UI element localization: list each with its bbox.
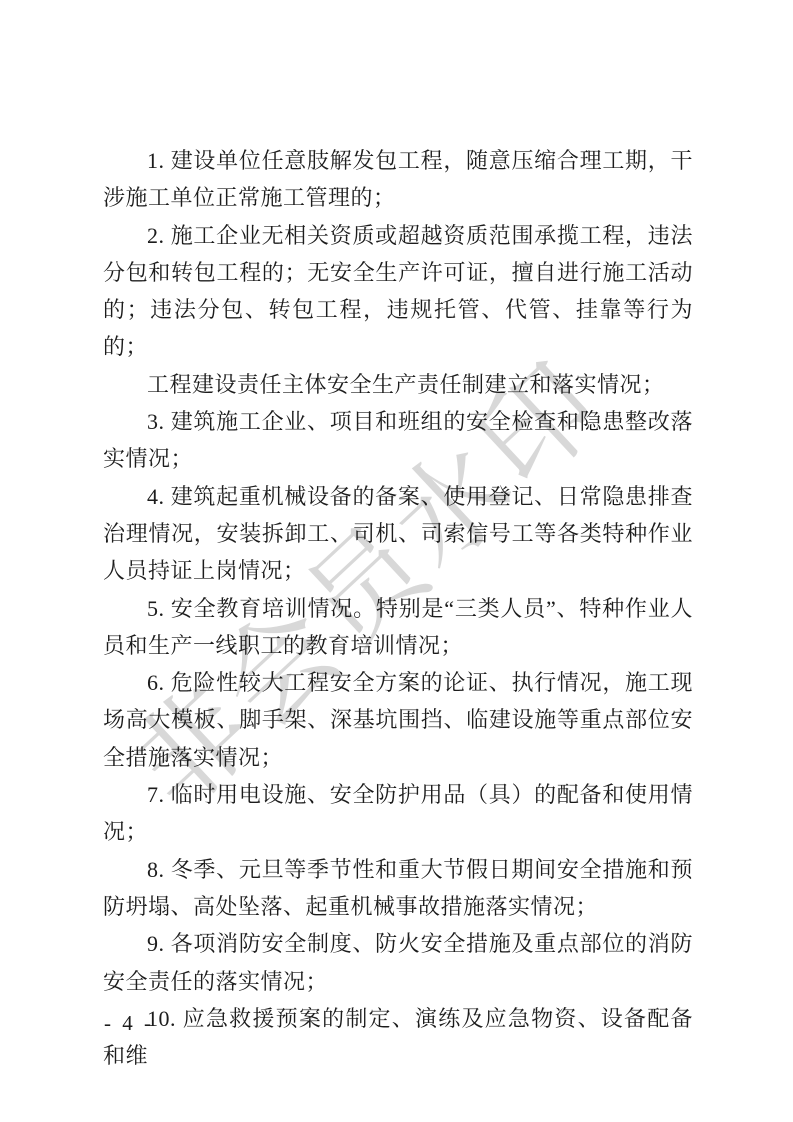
- paragraph: 2. 施工企业无相关资质或超越资质范围承揽工程，违法分包和转包工程的；无安全生产…: [103, 217, 693, 366]
- paragraph: 9. 各项消防安全制度、防火安全措施及重点部位的消防安全责任的落实情况；: [103, 925, 693, 1000]
- paragraph: 1. 建设单位任意肢解发包工程，随意压缩合理工期，干涉施工单位正常施工管理的；: [103, 142, 693, 217]
- paragraph: 8. 冬季、元旦等季节性和重大节假日期间安全措施和预防坍塌、高处坠落、起重机械事…: [103, 851, 693, 926]
- paragraph: 3. 建筑施工企业、项目和班组的安全检查和隐患整改落实情况；: [103, 403, 693, 478]
- paragraph: 6. 危险性较大工程安全方案的论证、执行情况，施工现场高大模板、脚手架、深基坑围…: [103, 664, 693, 776]
- paragraph: 5. 安全教育培训情况。特别是“三类人员”、特种作业人员和生产一线职工的教育培训…: [103, 590, 693, 665]
- document-body: 1. 建设单位任意肢解发包工程，随意压缩合理工期，干涉施工单位正常施工管理的；2…: [103, 142, 693, 1074]
- paragraph: 4. 建筑起重机械设备的备案、使用登记、日常隐患排查治理情况，安装拆卸工、司机、…: [103, 478, 693, 590]
- document-page: 非会员水印 1. 建设单位任意肢解发包工程，随意压缩合理工期，干涉施工单位正常施…: [0, 0, 793, 1122]
- paragraph: 工程建设责任主体安全生产责任制建立和落实情况；: [103, 366, 693, 403]
- page-number: - 4 -: [104, 1011, 154, 1036]
- paragraph: 10. 应急救援预案的制定、演练及应急物资、设备配备和维: [103, 1000, 693, 1075]
- paragraph: 7. 临时用电设施、安全防护用品（具）的配备和使用情况；: [103, 776, 693, 851]
